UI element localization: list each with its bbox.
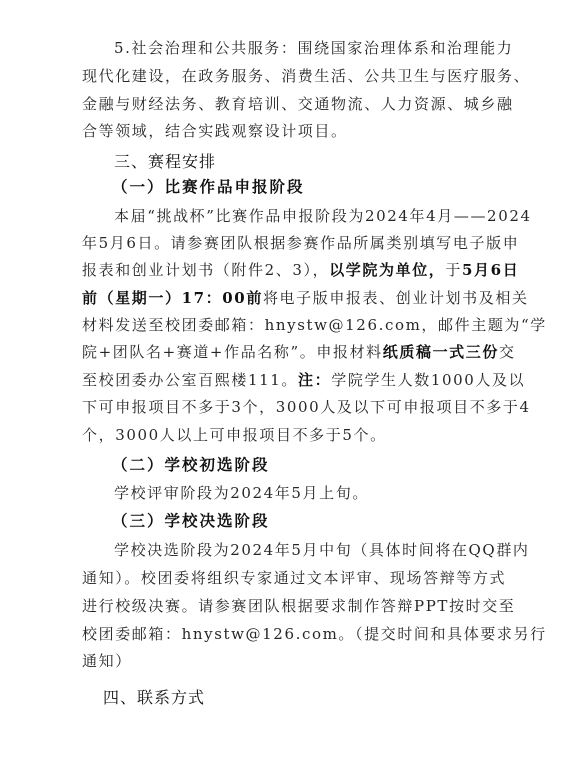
paragraph-line: 金融与财经法务、教育培训、交通物流、人力资源、城乡融	[82, 94, 514, 114]
paragraph-line: 校团委邮箱：hnystw@126.com。（提交时间和具体要求另行	[82, 624, 547, 644]
paragraph-line: 至校团委办公室百熙楼111。注：学院学生人数1000人及以	[82, 370, 525, 390]
text-run: 学院学生人数1000人及以	[331, 371, 525, 389]
paragraph-line: 本届“挑战杯”比赛作品申报阶段为2024年4月——2024	[114, 206, 532, 226]
text-run: 交	[499, 343, 516, 361]
paragraph-line: 学校评审阶段为2024年5月上旬。	[114, 483, 369, 503]
section-heading: 三、赛程安排	[114, 152, 216, 172]
paragraph-line: 进行校级决赛。请参赛团队根据要求制作答辩PPT按时交至	[82, 596, 515, 616]
subsection-heading: （一）比赛作品申报阶段	[112, 177, 305, 197]
emphasis-text: 纸质稿一式三份	[383, 343, 499, 361]
text-run: 院+团队名+赛道+作品名称”。申报材料	[82, 343, 383, 361]
paragraph-line: 院+团队名+赛道+作品名称”。申报材料纸质稿一式三份交	[82, 342, 516, 362]
text-run: 报表和创业计划书（附件2、3），	[82, 261, 329, 279]
emphasis-deadline-date: 5月6日	[462, 261, 519, 279]
paragraph-line: 现代化建设，在政务服务、消费生活、公共卫生与医疗服务、	[82, 66, 530, 86]
text-run: 于	[445, 261, 462, 279]
paragraph-line: 年5月6日。请参赛团队根据参赛作品所属类别填写电子版申	[82, 233, 519, 253]
paragraph-line: 下可申报项目不多于3个，3000人及以下可申报项目不多于4	[82, 397, 531, 417]
subsection-heading: （二）学校初选阶段	[112, 455, 270, 475]
document-page: 5.社会治理和公共服务：围绕国家治理体系和治理能力 现代化建设，在政务服务、消费…	[0, 0, 579, 770]
text-run: 将电子版申报表、创业计划书及相关	[263, 289, 529, 307]
section-heading: 四、联系方式	[103, 688, 205, 708]
text-run: 至校团委办公室百熙楼111。	[82, 371, 298, 389]
paragraph-line: 学校决选阶段为2024年5月中旬（具体时间将在QQ群内	[114, 540, 530, 560]
emphasis-text: 以学院为单位，	[329, 261, 445, 279]
note-label: 注：	[298, 371, 331, 389]
paragraph-line: 通知）。校团委将组织专家通过文本评审、现场答辩等方式	[82, 568, 506, 588]
paragraph-line: 通知）	[82, 651, 132, 671]
subsection-heading: （三）学校决选阶段	[112, 511, 270, 531]
paragraph-line: 前（星期一）17：00前将电子版申报表、创业计划书及相关	[82, 288, 529, 308]
paragraph-line: 材料发送至校团委邮箱：hnystw@126.com，邮件主题为“学	[82, 315, 547, 335]
paragraph-line: 合等领域，结合实践观察设计项目。	[82, 121, 348, 141]
emphasis-deadline-time: 前（星期一）17：00前	[82, 289, 263, 307]
paragraph-line: 个，3000人以上可申报项目不多于5个。	[82, 425, 387, 445]
paragraph-line: 5.社会治理和公共服务：围绕国家治理体系和治理能力	[114, 38, 513, 58]
paragraph-line: 报表和创业计划书（附件2、3），以学院为单位，于5月6日	[82, 260, 519, 280]
